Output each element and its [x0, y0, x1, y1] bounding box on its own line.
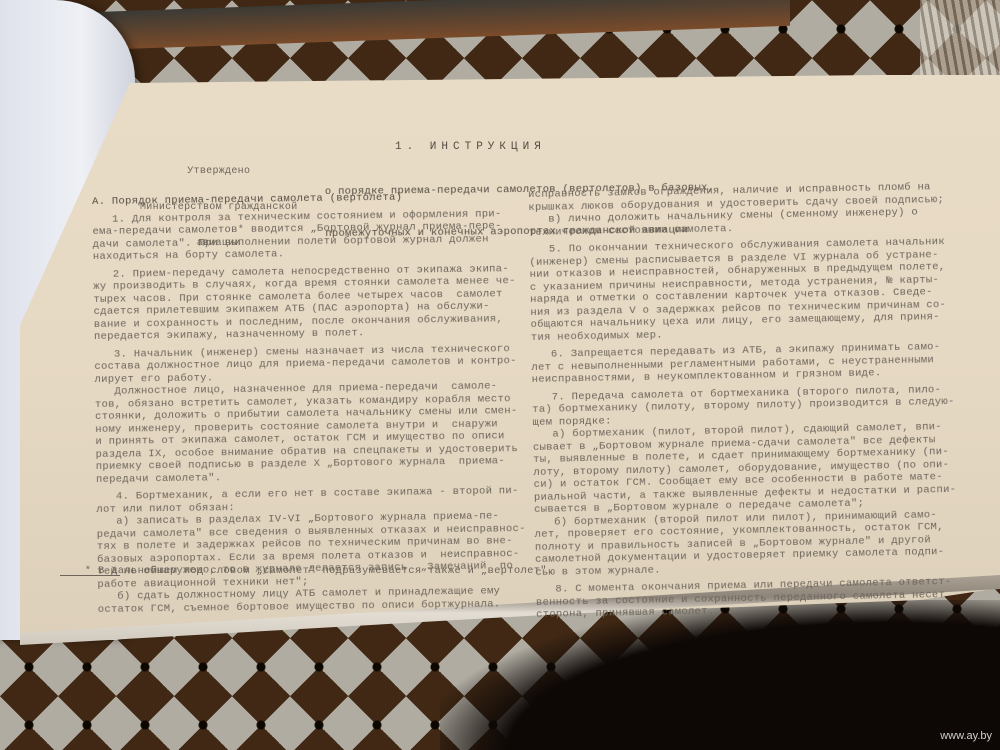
paragraph: 3. Начальник (инженер) смены назначает и…: [94, 342, 525, 485]
paragraph: 4. Бортмеханик, а если его нет в составе…: [96, 485, 527, 616]
watermark: www.ay.by: [940, 730, 992, 742]
section-title: 1. ИНСТРУКЦИЯ: [395, 141, 546, 154]
paragraph: 1. Для контроля за техническим состояние…: [92, 208, 522, 264]
paragraph: 5. По окончании технического обслуживани…: [529, 236, 953, 344]
paragraph: 6. Запрещается передавать из АТБ, а экип…: [531, 341, 954, 387]
paragraph: 7. Передача самолета от бортмеханика (вт…: [532, 383, 958, 579]
footnote: * В дальнейшем под словом „самолет" подр…: [65, 565, 553, 578]
approval-line: Утверждено: [140, 166, 298, 178]
left-text-column: А. Порядок приема-передачи самолета (вер…: [92, 190, 527, 621]
right-text-column: исправность замков ограждения, наличие и…: [528, 181, 959, 627]
paragraph: 8. С момента окончания приема или переда…: [536, 576, 959, 622]
paragraph: 2. Прием-передачу самолета непосредствен…: [93, 263, 523, 344]
paragraph: исправность замков ограждения, наличие и…: [528, 181, 951, 239]
